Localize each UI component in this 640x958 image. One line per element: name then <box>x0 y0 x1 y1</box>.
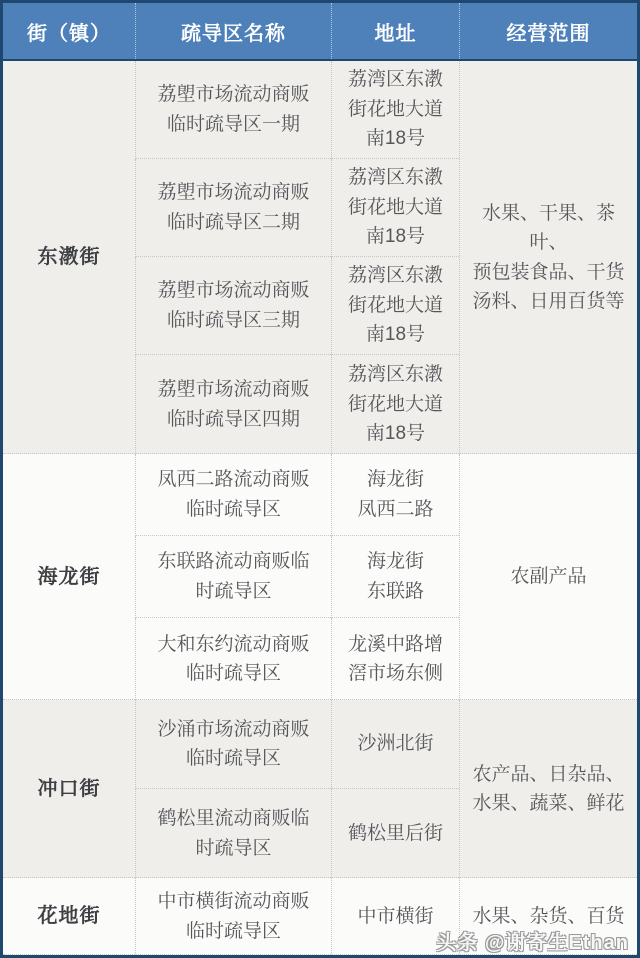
zone-name: 大和东约流动商贩 临时疏导区 <box>135 618 331 700</box>
header-zone-name: 疏导区名称 <box>135 3 331 59</box>
zone-address: 鹤松里后街 <box>331 789 459 878</box>
zone-address: 中市横街 <box>331 878 459 955</box>
street-name: 花地街 <box>3 878 135 955</box>
business-scope: 农产品、日杂品、 水果、蔬菜、鲜花 <box>459 700 637 878</box>
zone-address: 荔湾区东漖 街花地大道 南18号 <box>331 159 459 257</box>
vendor-zone-table: 街（镇） 疏导区名称 地址 经营范围 东漖街 荔塱市场流动商贩 临时疏导区一期 … <box>0 0 640 958</box>
zone-name: 沙涌市场流动商贩 临时疏导区 <box>135 700 331 789</box>
zone-name: 荔塱市场流动商贩 临时疏导区四期 <box>135 355 331 454</box>
header-address: 地址 <box>331 3 459 59</box>
business-scope: 农副产品 <box>459 454 637 700</box>
zone-name: 荔塱市场流动商贩 临时疏导区三期 <box>135 257 331 355</box>
zone-name: 荔塱市场流动商贩 临时疏导区二期 <box>135 159 331 257</box>
zone-address: 沙洲北街 <box>331 700 459 789</box>
zone-address: 荔湾区东漖 街花地大道 南18号 <box>331 355 459 454</box>
section-dongjiao: 东漖街 荔塱市场流动商贩 临时疏导区一期 荔湾区东漖 街花地大道 南18号 荔塱… <box>3 61 637 454</box>
zone-name: 东联路流动商贩临 时疏导区 <box>135 536 331 618</box>
zone-address: 荔湾区东漖 街花地大道 南18号 <box>331 61 459 159</box>
zone-address: 荔湾区东漖 街花地大道 南18号 <box>331 257 459 355</box>
zone-name: 中市横街流动商贩 临时疏导区 <box>135 878 331 955</box>
section-hailong: 海龙街 凤西二路流动商贩 临时疏导区 海龙街 凤西二路 东联路流动商贩临 时疏导… <box>3 454 637 700</box>
zone-name: 凤西二路流动商贩 临时疏导区 <box>135 454 331 536</box>
zone-address: 海龙街 凤西二路 <box>331 454 459 536</box>
table-header-row: 街（镇） 疏导区名称 地址 经营范围 <box>3 3 637 61</box>
street-name: 冲口街 <box>3 700 135 878</box>
zone-name: 鹤松里流动商贩临 时疏导区 <box>135 789 331 878</box>
section-huadi: 花地街 中市横街流动商贩 临时疏导区 中市横街 水果、杂货、百货 <box>3 878 637 955</box>
business-scope: 水果、干果、茶叶、 预包装食品、干货 汤料、日用百货等 <box>459 61 637 454</box>
street-name: 海龙街 <box>3 454 135 700</box>
section-chongkou: 冲口街 沙涌市场流动商贩 临时疏导区 沙洲北街 鹤松里流动商贩临 时疏导区 鹤松… <box>3 700 637 878</box>
header-business-scope: 经营范围 <box>459 3 637 59</box>
business-scope: 水果、杂货、百货 <box>459 878 637 955</box>
street-name: 东漖街 <box>3 61 135 454</box>
header-street: 街（镇） <box>3 3 135 59</box>
zone-name: 荔塱市场流动商贩 临时疏导区一期 <box>135 61 331 159</box>
zone-address: 龙溪中路增 滘市场东侧 <box>331 618 459 700</box>
zone-address: 海龙街 东联路 <box>331 536 459 618</box>
